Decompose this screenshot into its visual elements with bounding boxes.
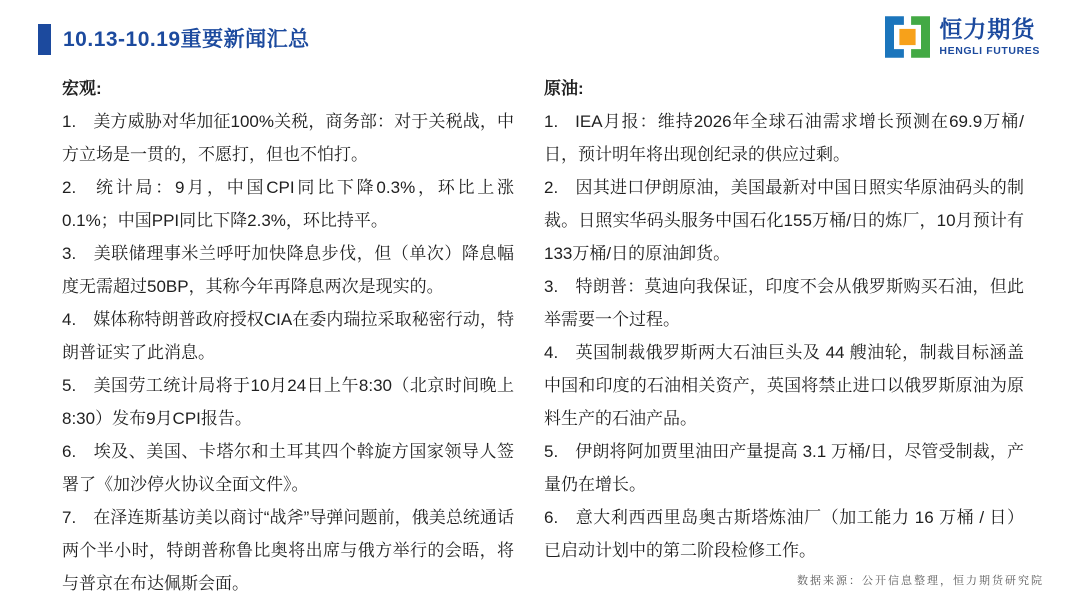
crude-oil-heading: 原油: xyxy=(544,72,1024,105)
news-item: 6. 埃及、美国、卡塔尔和土耳其四个斡旋方国家领导人签署了《加沙停火协议全面文件… xyxy=(62,435,514,501)
news-item: 3. 特朗普：莫迪向我保证，印度不会从俄罗斯购买石油，但此举需要一个过程。 xyxy=(544,270,1024,336)
logo-wordmark: 恒力期货 HENGLI FUTURES xyxy=(939,17,1040,56)
hengli-logo-icon xyxy=(885,16,930,58)
news-item: 2. 统计局：9月，中国CPI同比下降0.3%，环比上涨0.1%；中国PPI同比… xyxy=(62,171,514,237)
news-item: 6. 意大利西西里岛奥古斯塔炼油厂（加工能力 16 万桶 / 日）已启动计划中的… xyxy=(544,501,1024,567)
title-accent-bar xyxy=(38,24,51,55)
macro-column: 宏观: 1. 美方威胁对华加征100%关税，商务部：对于关税战，中方立场是一贯的… xyxy=(62,72,514,600)
news-item: 1. IEA月报：维持2026年全球石油需求增长预测在69.9万桶/日，预计明年… xyxy=(544,105,1024,171)
crude-oil-column: 原油: 1. IEA月报：维持2026年全球石油需求增长预测在69.9万桶/日，… xyxy=(544,72,1024,600)
page-title: 10.13-10.19重要新闻汇总 xyxy=(63,24,310,55)
news-columns: 宏观: 1. 美方威胁对华加征100%关税，商务部：对于关税战，中方立场是一贯的… xyxy=(62,72,1024,600)
news-item: 3. 美联储理事米兰呼吁加快降息步伐，但（单次）降息幅度无需超过50BP，其称今… xyxy=(62,237,514,303)
news-item: 5. 伊朗将阿加贾里油田产量提高 3.1 万桶/日，尽管受制裁，产量仍在增长。 xyxy=(544,435,1024,501)
news-item: 4. 媒体称特朗普政府授权CIA在委内瑞拉采取秘密行动，特朗普证实了此消息。 xyxy=(62,303,514,369)
news-item: 1. 美方威胁对华加征100%关税，商务部：对于关税战，中方立场是一贯的，不愿打… xyxy=(62,105,514,171)
logo-name-en: HENGLI FUTURES xyxy=(939,45,1040,57)
company-logo: 恒力期货 HENGLI FUTURES xyxy=(885,16,1040,58)
news-item: 4. 英国制裁俄罗斯两大石油巨头及 44 艘油轮，制裁目标涵盖中国和印度的石油相… xyxy=(544,336,1024,435)
logo-name-cn: 恒力期货 xyxy=(939,17,1040,42)
macro-heading: 宏观: xyxy=(62,72,514,105)
data-source-note: 数据来源：公开信息整理，恒力期货研究院 xyxy=(797,572,1044,588)
news-item: 5. 美国劳工统计局将于10月24日上午8:30（北京时间晚上8:30）发布9月… xyxy=(62,369,514,435)
news-summary-slide: 10.13-10.19重要新闻汇总 恒力期货 HENGLI FUTURES 宏观… xyxy=(0,0,1080,608)
news-item: 7. 在泽连斯基访美以商讨“战斧”导弹问题前，俄美总统通话两个半小时，特朗普称鲁… xyxy=(62,501,514,600)
news-item: 2. 因其进口伊朗原油，美国最新对中国日照实华原油码头的制裁。日照实华码头服务中… xyxy=(544,171,1024,270)
